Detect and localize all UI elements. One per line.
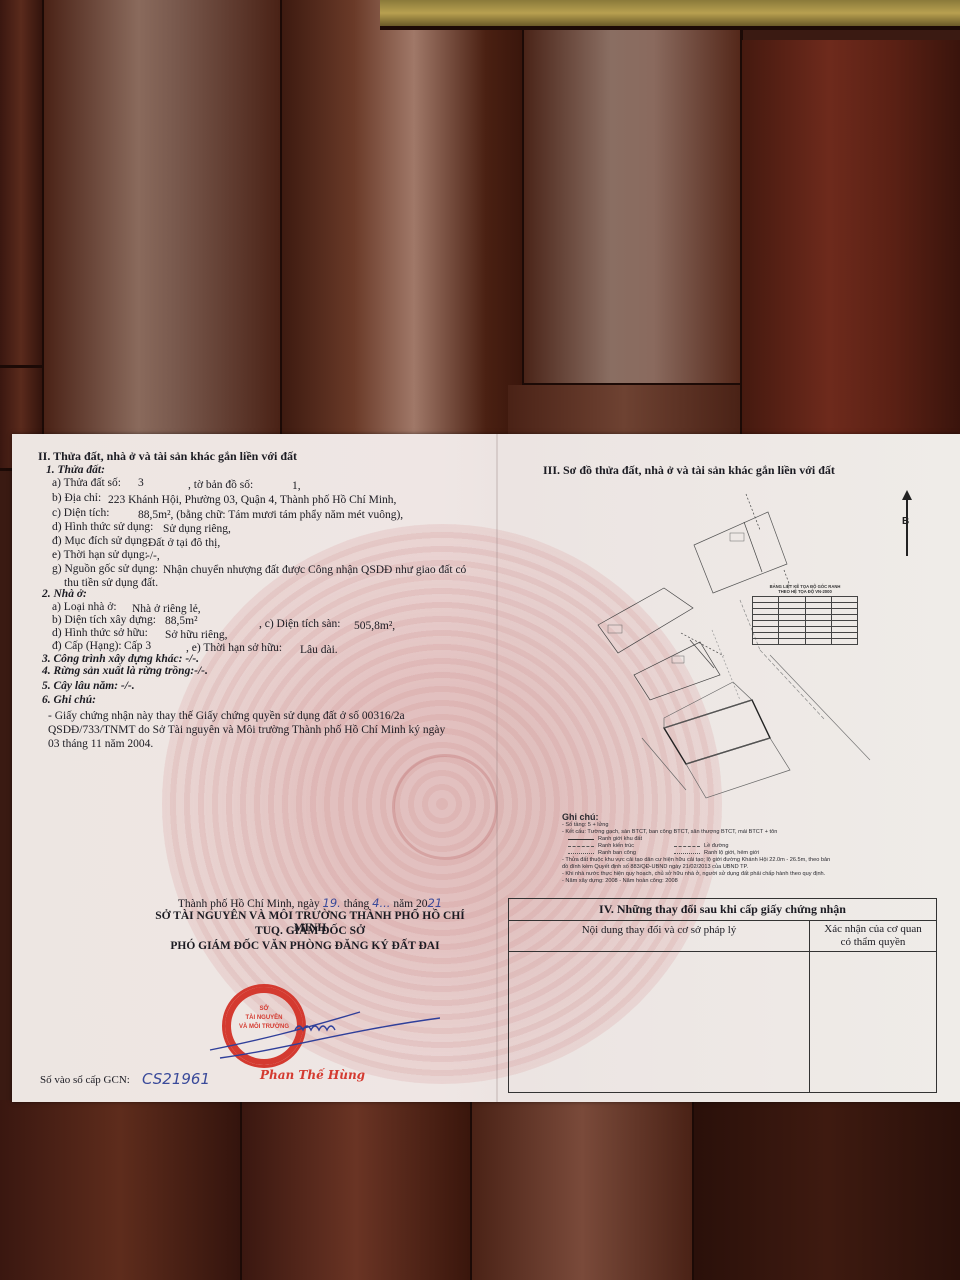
signer-position: PHÓ GIÁM ĐỐC VĂN PHÒNG ĐĂNG KÝ ĐẤT ĐAI xyxy=(120,940,490,952)
legend-item: Ranh ban công Ranh lộ giới, hẻm giới xyxy=(562,850,902,857)
diagram-note-structure: - Kết cấu: Tường gạch, sàn BTCT, ban côn… xyxy=(562,829,902,836)
dashed-line-icon xyxy=(674,846,700,847)
map-sheet-value: 1, xyxy=(292,480,301,492)
handwritten-signature xyxy=(200,1000,440,1060)
column-change-content: Nội dung thay đổi và cơ sở pháp lý xyxy=(509,921,810,951)
parcel-number-value: 3 xyxy=(138,477,144,489)
floor-plank xyxy=(472,1100,695,1280)
ownership-term-value: Lâu dài. xyxy=(300,644,338,656)
diagram-note-floors: - Số tầng: 5 + lửng xyxy=(562,822,902,829)
diagram-notes-heading: Ghi chú: xyxy=(562,812,902,822)
parcel-diagram xyxy=(560,480,940,810)
floor-plank xyxy=(242,1100,473,1280)
changes-table-title: IV. Những thay đổi sau khi cấp giấy chứn… xyxy=(509,899,936,921)
section-2-title: II. Thửa đất, nhà ở và tài sản khác gắn … xyxy=(38,449,297,464)
diagram-notes: Ghi chú: - Số tầng: 5 + lửng - Kết cấu: … xyxy=(562,812,902,885)
dotted-line-icon xyxy=(568,853,594,854)
area-label: c) Diện tích: xyxy=(52,507,109,519)
use-form-value: Sử dụng riêng, xyxy=(163,523,231,535)
use-purpose-value: Đất ở tại đô thị, xyxy=(148,537,220,549)
use-origin-label: g) Nguồn gốc sử dụng: xyxy=(52,563,158,575)
diagram-note-zoning: - Thửa đất thuộc khu vực cải tạo dân cư … xyxy=(562,857,902,864)
changes-table-header: Nội dung thay đổi và cơ sở pháp lý Xác n… xyxy=(509,921,936,951)
note-line-3: 03 tháng 11 năm 2004. xyxy=(48,738,153,750)
solid-line-icon xyxy=(568,839,594,840)
issue-date-line: Thành phố Hồ Chí Minh, ngày 19. tháng 4.… xyxy=(150,896,470,910)
note-line-1: - Giấy chứng nhận này thay thế Giấy chứn… xyxy=(48,710,405,722)
registry-number: CS21961 xyxy=(142,1070,210,1088)
floor-plank xyxy=(0,1100,243,1280)
changes-table-body xyxy=(509,951,936,1092)
floor-plank xyxy=(282,0,525,473)
build-area-value: 88,5m² xyxy=(165,615,198,627)
address-label: b) Địa chỉ: xyxy=(52,492,101,504)
issue-year: 21 xyxy=(428,896,443,910)
map-sheet-label: , tờ bản đồ số: xyxy=(188,479,253,491)
signer-name: Phan Thế Hùng xyxy=(260,1068,365,1082)
dotted-line-icon xyxy=(674,853,700,854)
use-term-label: e) Thời hạn sử dụng: xyxy=(52,549,148,561)
floor-area-value: 505,8m², xyxy=(354,620,395,632)
floor-plank xyxy=(524,28,743,386)
floor-plank xyxy=(694,1100,960,1280)
ownership-value: Sở hữu riêng, xyxy=(165,629,227,641)
coordinate-table-grid xyxy=(752,596,858,645)
floor-plank xyxy=(742,40,960,473)
diagram-note-decision: đồ đính kèm Quyết định số 883/QĐ-UBND ng… xyxy=(562,864,902,871)
column-authority-confirmation: Xác nhận của cơ quan có thẩm quyền xyxy=(810,921,936,951)
issue-day: 19. xyxy=(323,896,341,910)
notes-heading: 6. Ghi chú: xyxy=(42,694,96,706)
issue-month: 4... xyxy=(372,896,390,910)
floor-plank xyxy=(0,0,45,368)
floor-plank xyxy=(44,0,283,473)
grade-value: Cấp 3 xyxy=(124,640,151,652)
brass-threshold-strip xyxy=(380,0,960,30)
use-form-label: d) Hình thức sử dụng: xyxy=(52,521,153,533)
house-type-label: a) Loại nhà ở: xyxy=(52,601,117,613)
perennial-trees: 5. Cây lâu năm: -/-. xyxy=(42,680,135,692)
diagram-note-build-year: - Năm xây dựng: 2008 - Năm hoàn công: 20… xyxy=(562,878,902,885)
use-purpose-label: đ) Mục đích sử dụng: xyxy=(52,535,151,547)
note-line-2: QSDĐ/733/TNMT do Sở Tài nguyên và Môi tr… xyxy=(48,724,445,736)
dashed-line-icon xyxy=(568,846,594,847)
use-origin-value: Nhận chuyển nhượng đất được Công nhận QS… xyxy=(163,564,466,576)
diagram-note-planning: - Khi nhà nước thực hiện quy hoạch, chủ … xyxy=(562,871,902,878)
floor-area-label: , c) Diện tích sàn: xyxy=(259,618,340,630)
ownership-label: d) Hình thức sở hữu: xyxy=(52,627,148,639)
grade-label: đ) Cấp (Hạng): xyxy=(52,640,122,652)
paper-fold-line xyxy=(496,434,498,1102)
registry-label: Số vào sổ cấp GCN: xyxy=(40,1074,130,1086)
parcel-number-label: a) Thửa đất số: xyxy=(52,477,121,489)
legend-item: Ranh giới khu đất xyxy=(562,836,902,843)
changes-table: IV. Những thay đổi sau khi cấp giấy chứn… xyxy=(508,898,937,1093)
address-value: 223 Khánh Hội, Phường 03, Quận 4, Thành … xyxy=(108,494,396,506)
build-area-label: b) Diện tích xây dựng: xyxy=(52,614,156,626)
legend-item: Ranh kiến trúc Lề đường xyxy=(562,843,902,850)
coordinate-table: BẢNG LIỆT KÊ TỌA ĐỘ GÓC RANH THEO HỆ TỌA… xyxy=(752,584,858,645)
area-value: 88,5m², (bằng chữ: Tám mươi tám phẩy năm… xyxy=(138,509,403,521)
emblem-star-icon xyxy=(392,754,498,860)
ownership-term-label: , e) Thời hạn sở hữu: xyxy=(186,642,282,654)
section-3-title: III. Sơ đồ thửa đất, nhà ở và tài sản kh… xyxy=(543,463,835,478)
use-term-value: -/-, xyxy=(146,550,160,562)
planted-forest: 4. Rừng sản xuất là rừng trồng:-/-. xyxy=(42,665,208,677)
coordinate-table-subtitle: THEO HỆ TỌA ĐỘ VN-2000 xyxy=(752,589,858,594)
house-heading: 2. Nhà ở: xyxy=(42,588,87,600)
other-construction: 3. Công trình xây dựng khác: -/-. xyxy=(42,653,199,665)
land-heading: 1. Thửa đất: xyxy=(46,464,105,476)
on-behalf-line: TUQ. GIÁM ĐỐC SỞ xyxy=(140,925,480,937)
